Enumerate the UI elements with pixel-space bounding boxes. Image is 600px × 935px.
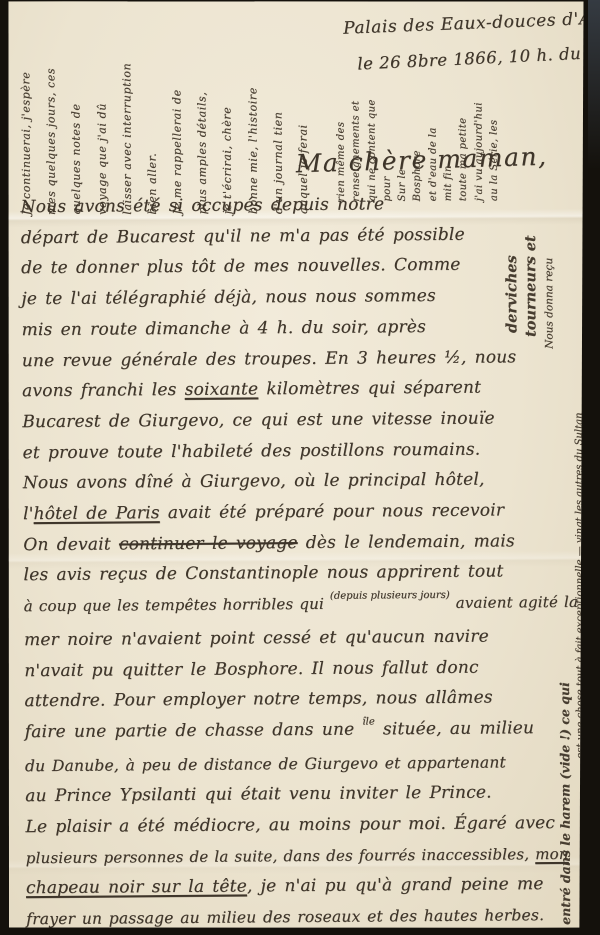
underlined-word: soixante xyxy=(185,380,259,401)
marginalia-line: au la Série, les xyxy=(488,49,500,201)
body-line: départ de Bucarest qu'il ne m'a pas été … xyxy=(21,219,577,254)
body-line: de te donner plus tôt de mes nouvelles. … xyxy=(21,249,577,284)
marginalia-line: qui ne content que xyxy=(366,50,378,202)
marginalia-line: et d'eau de la xyxy=(427,49,439,201)
marginalia-line: d'un journal tien xyxy=(271,24,285,214)
body-line: à coup que les tempêtes horribles qui (d… xyxy=(24,587,580,625)
body-line: mis en route dimanche à 4 h. du soir, ap… xyxy=(21,311,577,346)
body-line: les avis reçus de Constantinople nous ap… xyxy=(23,556,579,591)
body-line: au Prince Ypsilanti qui était venu invit… xyxy=(25,777,581,812)
body-line: du Danube, à peu de distance de Giurgevo… xyxy=(25,746,581,781)
body-line: attendre. Pour employer notre temps, nou… xyxy=(24,682,580,717)
body-line: Bucarest de Giurgevo, ce qui est une vit… xyxy=(22,403,578,438)
marginalia-line: mit fin xyxy=(442,49,454,201)
body-line: Nous avons été si occupés depuis notre xyxy=(21,188,577,223)
marginalia-line: toute ma petite xyxy=(458,49,470,201)
marginalia-line: auquel je ferai xyxy=(296,24,310,214)
marginalia-line: pour xyxy=(381,50,393,202)
body-line: frayer un passage au milieu des roseaux … xyxy=(26,900,582,935)
body-line: mer noire n'avaient point cessé et qu'au… xyxy=(24,621,580,656)
marginalia-line: bonne mie, l'histoire xyxy=(246,24,260,214)
marginalia-line: plus amples détails, xyxy=(195,24,209,214)
marginalia-line: quelques notes de xyxy=(69,25,83,215)
marginalia-line: voyage que j'ai dû xyxy=(95,25,109,215)
marginalia-line: rien même des xyxy=(335,50,347,202)
body-line: plusieurs personnes de la suite, dans de… xyxy=(26,839,582,874)
marginalia-line: Sur le xyxy=(396,50,408,202)
marginalia-line: Bosphore xyxy=(412,49,424,201)
body-line: n'avait pu quitter le Bosphore. Il nous … xyxy=(24,651,580,686)
body-line: je te l'ai télégraphié déjà, nous nous s… xyxy=(21,280,577,315)
body-line: On devait continuer le voyage dès le len… xyxy=(23,526,579,561)
marginalia-line: Je me rappellerai de xyxy=(170,24,184,214)
letter-body: Nous avons été si occupés depuis notre d… xyxy=(21,188,583,935)
letter-photo: Palais des Eaux-douces d'Asie, le 26 8br… xyxy=(0,0,600,935)
marginalia-line: j'ai vu aujourd'hui xyxy=(473,49,485,201)
body-line: avons franchi les soixante kilomètres qu… xyxy=(22,372,578,407)
body-line: Le plaisir a été médiocre, au moins pour… xyxy=(25,808,581,843)
marginalia-line: je t'écrirai, chère xyxy=(220,24,234,214)
body-line: l'hôtel de Paris avait été préparé pour … xyxy=(23,495,579,530)
underlined-phrase: chapeau noir sur la tête xyxy=(26,877,247,899)
marginalia-line: mes quelques jours, ces xyxy=(44,25,58,215)
marginalia-left-block: Je continuerai, j'espère mes quelques jo… xyxy=(19,24,310,215)
marginalia-center-block: rien même des renseignements et qui ne c… xyxy=(335,49,500,202)
body-line: une revue générale des troupes. En 3 heu… xyxy=(22,341,578,376)
marginalia-line: bien aller. xyxy=(145,25,159,215)
letter-place-line: Palais des Eaux-douces d'Asie, xyxy=(343,8,600,39)
interlinear-insertion: (depuis plusieurs jours) xyxy=(330,590,450,602)
marginalia-line: laisser avec interruption xyxy=(120,25,134,215)
interlinear-insertion: île xyxy=(362,716,374,727)
marginalia-line: renseignements et xyxy=(350,50,362,202)
body-line: faire une partie de chasse dans une île … xyxy=(25,713,581,751)
underlined-word: mon xyxy=(535,845,569,863)
photo-background-edge xyxy=(588,0,600,170)
body-line: et prouve toute l'habileté des postillon… xyxy=(22,433,578,468)
letter-paper: Palais des Eaux-douces d'Asie, le 26 8br… xyxy=(5,0,591,930)
body-line: chapeau noir sur la tête, je n'ai pu qu'… xyxy=(26,869,582,904)
body-line: Nous avons dîné à Giurgevo, où le princi… xyxy=(23,464,579,499)
struck-phrase: continuer le voyage xyxy=(119,533,298,554)
marginalia-line: Je continuerai, j'espère xyxy=(19,25,33,215)
underlined-phrase: hôtel de Paris xyxy=(33,503,159,524)
